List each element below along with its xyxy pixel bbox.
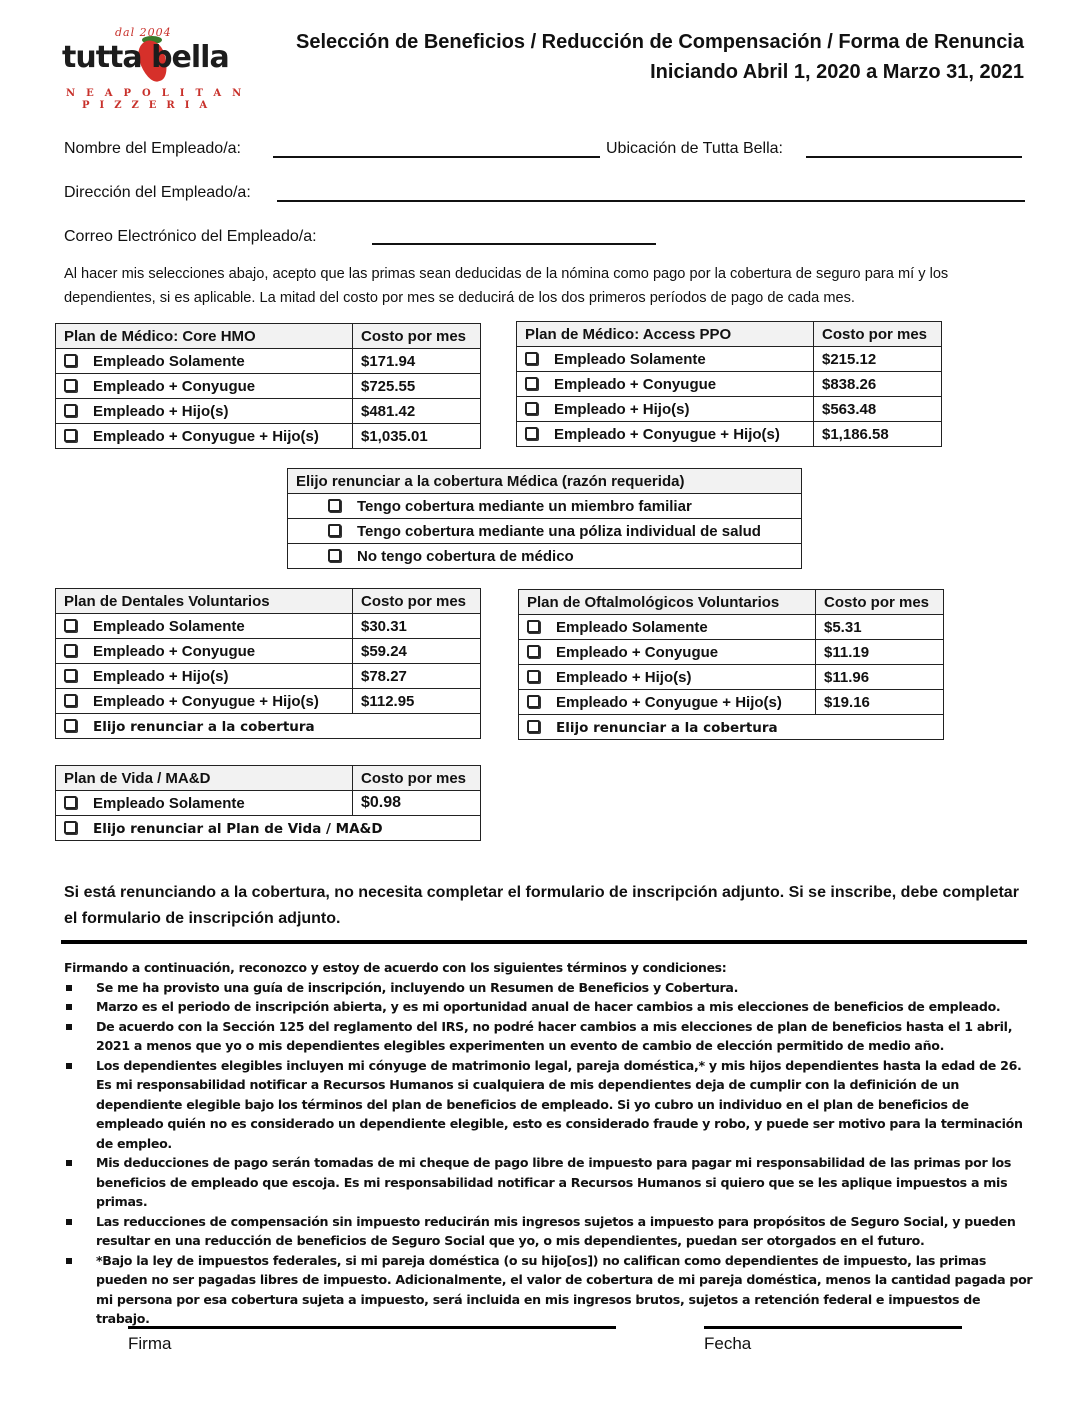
enrollment-notice: Si está renunciando a la cobertura, no n… (64, 880, 1024, 932)
option-cost: $11.19 (816, 640, 944, 665)
terms-item: *Bajo la ley de impuestos federales, si … (64, 1251, 1034, 1329)
ppo-plan-title: Plan de Médico: Access PPO (517, 322, 814, 347)
checkbox-icon[interactable] (64, 354, 77, 367)
terms-item: Mis deducciones de pago serán tomadas de… (64, 1153, 1034, 1212)
signature-label: Firma (128, 1334, 171, 1354)
vision-plan-table: Plan de Oftalmológicos Voluntarios Costo… (518, 589, 944, 740)
checkbox-icon[interactable] (527, 720, 540, 733)
option-cost: $1,035.01 (353, 424, 481, 449)
option-cost: $171.94 (353, 349, 481, 374)
date-label: Fecha (704, 1334, 751, 1354)
hmo-plan-title: Plan de Médico: Core HMO (56, 324, 353, 349)
checkbox-icon[interactable] (527, 645, 540, 658)
signature-field[interactable] (128, 1326, 616, 1329)
option-cost: $1,186.58 (814, 422, 942, 447)
terms-item: Los dependientes elegibles incluyen mi c… (64, 1056, 1034, 1154)
option-cost: $19.16 (816, 690, 944, 715)
option-cost: $563.48 (814, 397, 942, 422)
table-row[interactable]: Empleado + Hijo(s) $481.42 (56, 399, 481, 424)
option-label: No tengo cobertura de médico (357, 548, 574, 565)
checkbox-icon[interactable] (64, 669, 77, 682)
table-row[interactable]: Empleado + Conyugue $59.24 (56, 639, 481, 664)
terms-item: Marzo es el periodo de inscripción abier… (64, 997, 1034, 1017)
checkbox-icon[interactable] (64, 404, 77, 417)
checkbox-icon[interactable] (64, 429, 77, 442)
intro-paragraph: Al hacer mis selecciones abajo, acepto q… (64, 262, 1024, 310)
checkbox-icon[interactable] (328, 549, 341, 562)
employee-name-label: Nombre del Empleado/a: (64, 140, 241, 158)
option-label: Empleado Solamente (93, 618, 245, 635)
table-row[interactable]: Empleado + Conyugue $838.26 (517, 372, 942, 397)
table-row[interactable]: Tengo cobertura mediante un miembro fami… (288, 494, 802, 519)
checkbox-icon[interactable] (64, 719, 77, 732)
option-label: Tengo cobertura mediante un miembro fami… (357, 498, 692, 515)
employee-name-field[interactable] (273, 156, 600, 158)
title-line-2: Iniciando Abril 1, 2020 a Marzo 31, 2021 (296, 57, 1024, 87)
option-label: Empleado + Conyugue + Hijo(s) (93, 693, 319, 710)
section-divider (61, 940, 1027, 944)
checkbox-icon[interactable] (64, 379, 77, 392)
option-label: Tengo cobertura mediante una póliza indi… (357, 523, 761, 540)
table-row[interactable]: Elijo renunciar a la cobertura (519, 715, 944, 740)
checkbox-icon[interactable] (525, 352, 538, 365)
location-label: Ubicación de Tutta Bella: (606, 140, 783, 158)
vision-plan-title: Plan de Oftalmológicos Voluntarios (519, 590, 816, 615)
location-field[interactable] (806, 156, 1022, 158)
option-cost: $481.42 (353, 399, 481, 424)
option-label: Empleado + Hijo(s) (93, 668, 228, 685)
waive-life-label: Elijo renunciar al Plan de Vida / MA&D (93, 821, 383, 837)
checkbox-icon[interactable] (527, 620, 540, 633)
option-cost: $59.24 (353, 639, 481, 664)
option-label: Empleado + Conyugue + Hijo(s) (554, 426, 780, 443)
table-row[interactable]: Elijo renunciar al Plan de Vida / MA&D (56, 816, 481, 841)
waive-medical-table: Elijo renunciar a la cobertura Médica (r… (287, 468, 802, 569)
terms-item: Las reducciones de compensación sin impu… (64, 1212, 1034, 1251)
terms-list: Se me ha provisto una guía de inscripció… (64, 978, 1034, 1329)
waive-vision-label: Elijo renunciar a la cobertura (556, 720, 778, 736)
option-cost: $30.31 (353, 614, 481, 639)
table-row[interactable]: Empleado + Hijo(s) $563.48 (517, 397, 942, 422)
option-label: Empleado + Hijo(s) (556, 669, 691, 686)
cost-header: Costo por mes (814, 322, 942, 347)
logo-subline-2: PIZZERIA (82, 100, 217, 111)
option-label: Empleado + Conyugue (93, 643, 255, 660)
option-cost: $0.98 (353, 791, 481, 816)
option-label: Empleado Solamente (93, 795, 245, 812)
checkbox-icon[interactable] (525, 427, 538, 440)
option-cost: $5.31 (816, 615, 944, 640)
cost-header: Costo por mes (353, 589, 481, 614)
terms-intro: Firmando a continuación, reconozco y est… (64, 958, 1034, 978)
employee-email-field[interactable] (372, 243, 656, 245)
checkbox-icon[interactable] (328, 499, 341, 512)
table-row[interactable]: Empleado + Conyugue + Hijo(s) $19.16 (519, 690, 944, 715)
table-row[interactable]: Empleado Solamente $215.12 (517, 347, 942, 372)
title-line-1: Selección de Beneficios / Reducción de C… (296, 27, 1024, 57)
ppo-plan-table: Plan de Médico: Access PPO Costo por mes… (516, 321, 942, 447)
page-title: Selección de Beneficios / Reducción de C… (296, 27, 1024, 87)
table-row[interactable]: Empleado + Hijo(s) $78.27 (56, 664, 481, 689)
table-row[interactable]: Empleado Solamente $171.94 (56, 349, 481, 374)
tutta-bella-logo: dal 2004 tutta bella NEAPOLITAN PIZZERIA (62, 26, 232, 116)
waive-dental-label: Elijo renunciar a la cobertura (93, 719, 315, 735)
employee-email-label: Correo Electrónico del Empleado/a: (64, 228, 317, 246)
logo-wordmark: tutta bella (62, 40, 229, 75)
checkbox-icon[interactable] (64, 821, 77, 834)
terms-section: Firmando a continuación, reconozco y est… (64, 958, 1034, 1329)
checkbox-icon[interactable] (525, 377, 538, 390)
option-cost: $215.12 (814, 347, 942, 372)
option-cost: $78.27 (353, 664, 481, 689)
checkbox-icon[interactable] (527, 670, 540, 683)
terms-item: Se me ha provisto una guía de inscripció… (64, 978, 1034, 998)
dental-plan-table: Plan de Dentales Voluntarios Costo por m… (55, 588, 481, 739)
life-plan-title: Plan de Vida / MA&D (56, 766, 353, 791)
checkbox-icon[interactable] (328, 524, 341, 537)
option-label: Empleado + Hijo(s) (554, 401, 689, 418)
checkbox-icon[interactable] (64, 796, 77, 809)
table-row[interactable]: Empleado + Hijo(s) $11.96 (519, 665, 944, 690)
option-label: Empleado + Conyugue + Hijo(s) (556, 694, 782, 711)
table-row[interactable]: Empleado Solamente $0.98 (56, 791, 481, 816)
checkbox-icon[interactable] (64, 694, 77, 707)
option-label: Empleado + Hijo(s) (93, 403, 228, 420)
table-row[interactable]: No tengo cobertura de médico (288, 544, 802, 569)
checkbox-icon[interactable] (64, 619, 77, 632)
option-label: Empleado Solamente (554, 351, 706, 368)
cost-header: Costo por mes (353, 766, 481, 791)
hmo-plan-table: Plan de Médico: Core HMO Costo por mes E… (55, 323, 481, 449)
dental-plan-title: Plan de Dentales Voluntarios (56, 589, 353, 614)
option-label: Empleado + Conyugue + Hijo(s) (93, 428, 319, 445)
table-row[interactable]: Empleado + Conyugue + Hijo(s) $112.95 (56, 689, 481, 714)
option-label: Empleado Solamente (556, 619, 708, 636)
option-label: Empleado + Conyugue (93, 378, 255, 395)
employee-address-field[interactable] (277, 200, 1025, 202)
option-label: Empleado + Conyugue (556, 644, 718, 661)
date-field[interactable] (704, 1326, 962, 1329)
option-label: Empleado Solamente (93, 353, 245, 370)
option-cost: $112.95 (353, 689, 481, 714)
table-row[interactable]: Elijo renunciar a la cobertura (56, 714, 481, 739)
employee-address-label: Dirección del Empleado/a: (64, 184, 251, 202)
checkbox-icon[interactable] (527, 695, 540, 708)
checkbox-icon[interactable] (525, 402, 538, 415)
table-row[interactable]: Tengo cobertura mediante una póliza indi… (288, 519, 802, 544)
terms-item: De acuerdo con la Sección 125 del reglam… (64, 1017, 1034, 1056)
option-label: Empleado + Conyugue (554, 376, 716, 393)
cost-header: Costo por mes (816, 590, 944, 615)
table-row[interactable]: Empleado Solamente $30.31 (56, 614, 481, 639)
waive-medical-title: Elijo renunciar a la cobertura Médica (r… (288, 469, 802, 494)
life-plan-table: Plan de Vida / MA&D Costo por mes Emplea… (55, 765, 481, 841)
table-row[interactable]: Empleado + Conyugue $11.19 (519, 640, 944, 665)
table-row[interactable]: Empleado + Conyugue + Hijo(s) $1,035.01 (56, 424, 481, 449)
option-cost: $725.55 (353, 374, 481, 399)
table-row[interactable]: Empleado Solamente $5.31 (519, 615, 944, 640)
logo-subline-1: NEAPOLITAN (66, 88, 252, 99)
checkbox-icon[interactable] (64, 644, 77, 657)
option-cost: $11.96 (816, 665, 944, 690)
table-row[interactable]: Empleado + Conyugue + Hijo(s) $1,186.58 (517, 422, 942, 447)
table-row[interactable]: Empleado + Conyugue $725.55 (56, 374, 481, 399)
cost-header: Costo por mes (353, 324, 481, 349)
option-cost: $838.26 (814, 372, 942, 397)
